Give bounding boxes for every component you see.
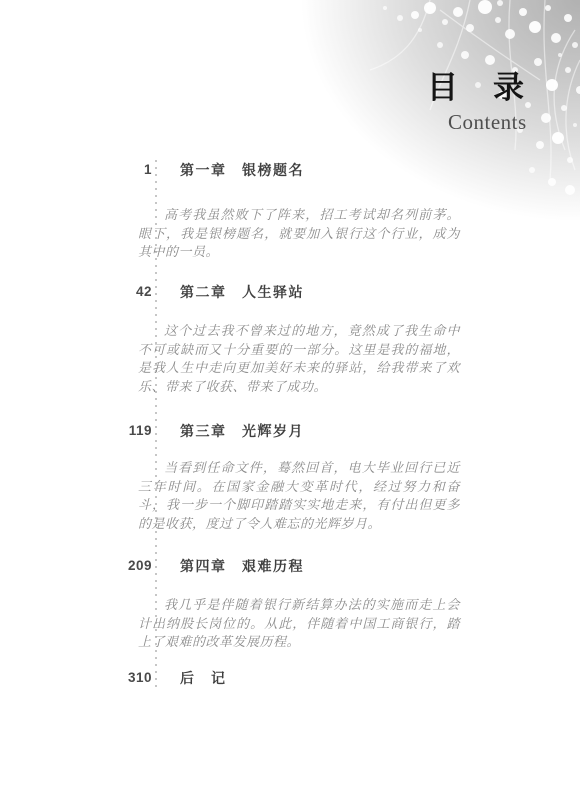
toc-chapter-summary: 高考我虽然败下了阵来，招工考试却名列前茅。眼下，我是银榜题名，就要加入银行这个行… <box>138 206 460 262</box>
toc-chapter-title: 第四章 艰难历程 <box>180 558 304 574</box>
toc-page-number: 1 <box>100 162 152 178</box>
toc-chapter-title: 第三章 光辉岁月 <box>180 423 304 439</box>
toc-chapter-title: 第一章 银榜题名 <box>180 162 304 178</box>
toc-entry: 1 第一章 银榜题名 高考我虽然败下了阵来，招工考试却名列前茅。眼下，我是银榜题… <box>0 162 580 262</box>
toc-chapter-summary: 当看到任命文件，蓦然回首，电大毕业回行已近三年时间。在国家金融大变革时代，经过努… <box>138 459 460 533</box>
toc-page-number: 119 <box>100 423 152 439</box>
toc-entry: 119 第三章 光辉岁月 当看到任命文件，蓦然回首，电大毕业回行已近三年时间。在… <box>0 423 580 533</box>
book-toc-page: 目 录 Contents 1 第一章 银榜题名 高考我虽然败下了阵来，招工考试却… <box>0 0 580 800</box>
toc-chapter-summary: 这个过去我不曾来过的地方，竟然成了我生命中不可或缺而又十分重要的一部分。这里是我… <box>138 322 460 396</box>
toc-page-number: 42 <box>100 284 152 300</box>
toc-chapter-title: 后 记 <box>180 670 227 686</box>
toc-entry: 209 第四章 艰难历程 我几乎是伴随着银行新结算办法的实施而走上会计出纳股长岗… <box>0 558 580 652</box>
toc-entry: 42 第二章 人生驿站 这个过去我不曾来过的地方，竟然成了我生命中不可或缺而又十… <box>0 284 580 396</box>
toc-chapter-title: 第二章 人生驿站 <box>180 284 304 300</box>
toc-chapter-summary: 我几乎是伴随着银行新结算办法的实施而走上会计出纳股长岗位的。从此，伴随着中国工商… <box>138 596 460 652</box>
toc-page-number: 209 <box>100 558 152 574</box>
toc-list: 1 第一章 银榜题名 高考我虽然败下了阵来，招工考试却名列前茅。眼下，我是银榜题… <box>0 0 580 800</box>
toc-page-number: 310 <box>100 670 152 686</box>
